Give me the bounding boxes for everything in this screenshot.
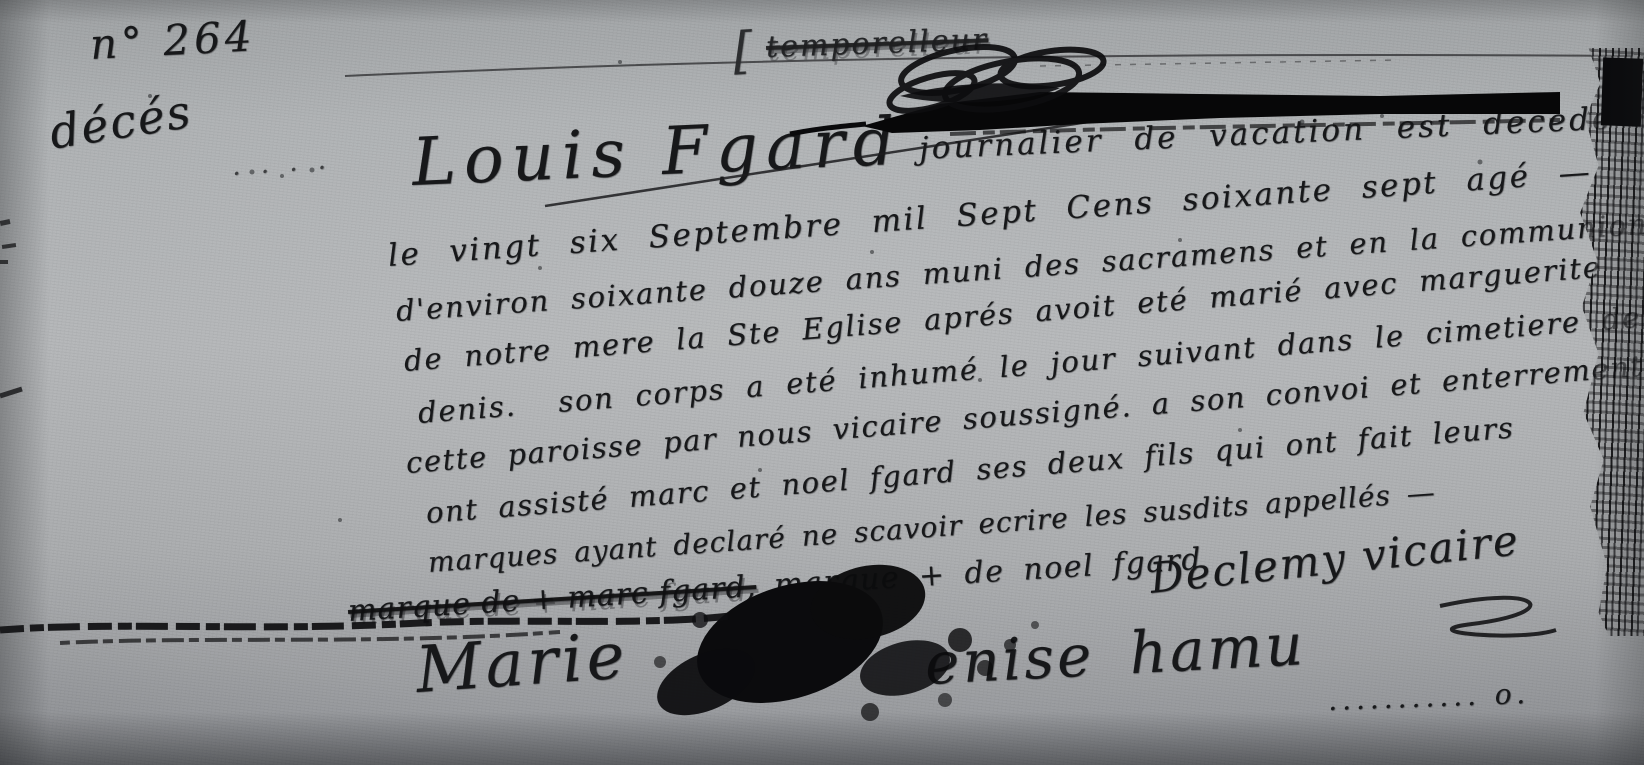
- deceased-name: Louis Fgard: [410, 103, 904, 201]
- mark-of-noel: marque + de noel fgard: [773, 542, 1203, 603]
- body-line-1-rest: journalier de vacation est decedé: [918, 101, 1614, 167]
- struck-mark-text: marque de + marc fgard,: [347, 569, 757, 629]
- thin-rule-line: [345, 55, 1632, 76]
- margin-label-deces: décés: [46, 84, 196, 160]
- bottom-name-marie: Marie: [413, 619, 630, 708]
- signature-flourish: [1440, 598, 1556, 636]
- record-number: n° 264: [89, 11, 257, 69]
- page-edge-dark-block: [1601, 57, 1643, 126]
- bracket-mark: [: [731, 21, 754, 80]
- margin-specks: [0, 219, 16, 264]
- struck-header-word: temporelleur: [765, 22, 988, 65]
- margin-dash: [0, 389, 22, 396]
- bottom-trailing-dots: ........... o.: [1327, 677, 1530, 717]
- scanned-death-record-page: n° 264 décés . . . . [ temporelleur Loui…: [0, 0, 1644, 765]
- margin-trailing-dots: . . . .: [231, 145, 333, 182]
- vicar-signature: Declemy vicaire: [1147, 515, 1521, 603]
- bottom-name-denise-hamu: enise hamu: [923, 610, 1307, 698]
- thin-rule-line-2: [1040, 60, 1400, 66]
